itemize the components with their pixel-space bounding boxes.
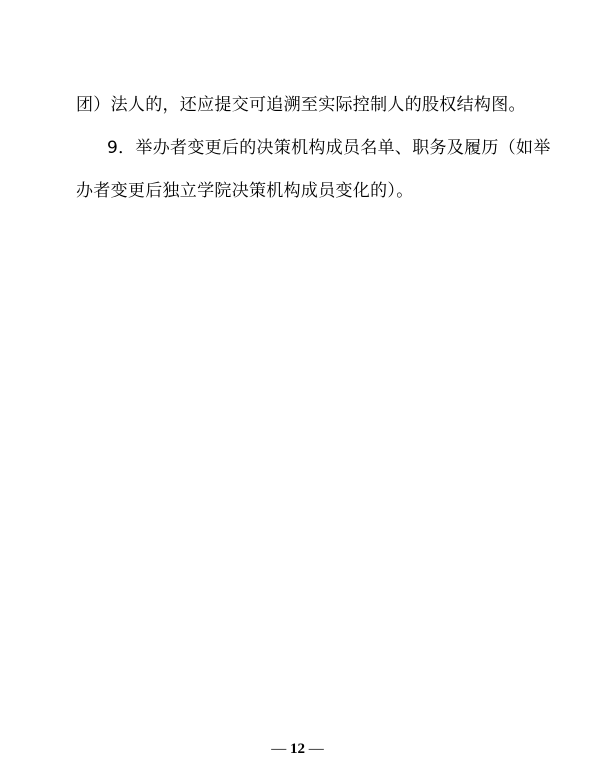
body-text-line: 团）法人的，还应提交可追溯至实际控制人的股权结构图。 <box>76 95 526 115</box>
list-item-9: 9．举办者变更后的决策机构成员名单、职务及履历（如举 <box>107 138 551 158</box>
body-text-line: 办者变更后独立学院决策机构成员变化的）。 <box>76 181 414 201</box>
document-page: 团）法人的，还应提交可追溯至实际控制人的股权结构图。 9．举办者变更后的决策机构… <box>0 0 595 780</box>
footer-dash-left: — <box>271 741 286 757</box>
footer-dash-right: — <box>309 741 324 757</box>
page-number: 12 <box>290 741 305 757</box>
page-footer: — 12 — <box>0 741 595 758</box>
